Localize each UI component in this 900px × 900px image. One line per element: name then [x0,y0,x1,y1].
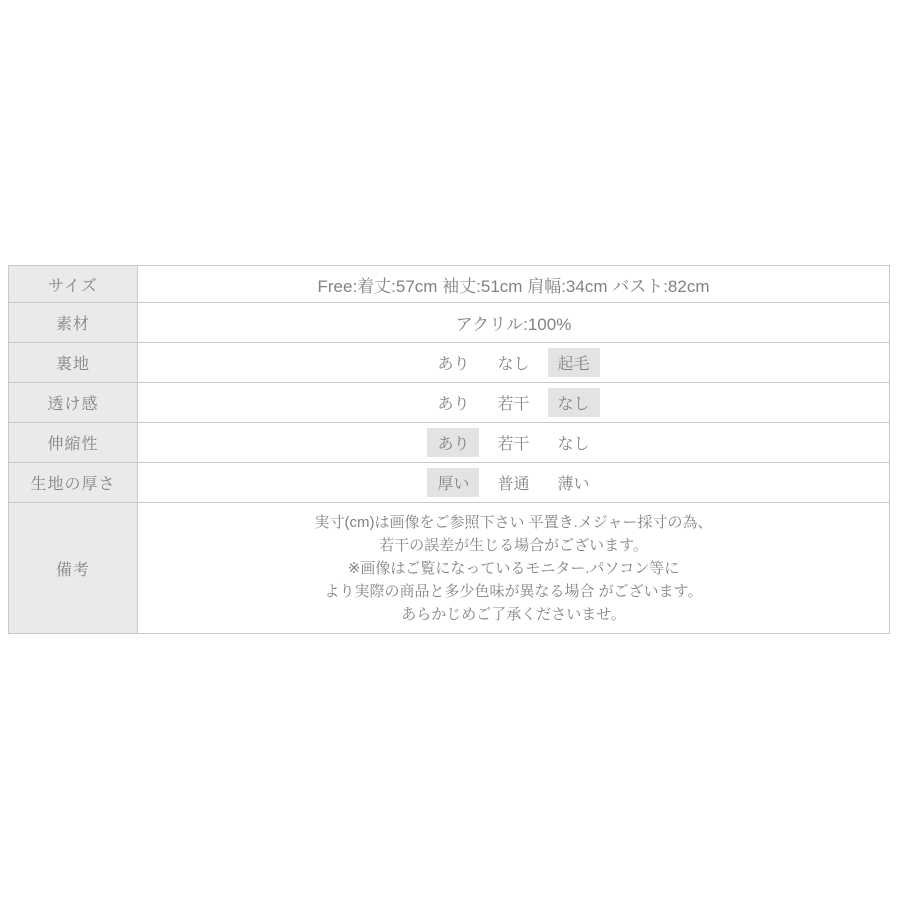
row-label-lining: 裏地 [9,343,138,382]
size-value: Free:着丈:57cm 袖丈:51cm 肩幅:34cm バスト:82cm [138,266,889,302]
remark-line: 実寸(cm)は画像をご参照下さい 平置き.メジャー採寸の為、 [314,511,712,534]
sheerness-options: あり 若干 なし [138,383,889,422]
row-label-sheerness: 透け感 [9,383,138,422]
thickness-options: 厚い 普通 薄い [138,463,889,502]
spec-row-material: 素材 アクリル:100% [9,303,889,343]
remark-line: あらかじめご了承くださいませ。 [401,603,626,626]
thickness-option: 薄い [548,468,600,497]
remark-line: 若干の誤差が生じる場合がございます。 [379,534,648,557]
remarks-text: 実寸(cm)は画像をご参照下さい 平置き.メジャー採寸の為、 若干の誤差が生じる… [138,503,889,633]
page-canvas: サイズ Free:着丈:57cm 袖丈:51cm 肩幅:34cm バスト:82c… [0,0,900,900]
remark-line: より実際の商品と多少色味が異なる場合 がございます。 [325,580,703,603]
lining-option: 起毛 [548,348,600,377]
spec-row-stretch: 伸縮性 あり 若干 なし [9,423,889,463]
remark-line: ※画像はご覧になっているモニター.パソコン等に [348,557,679,580]
spec-row-thickness: 生地の厚さ 厚い 普通 薄い [9,463,889,503]
row-label-stretch: 伸縮性 [9,423,138,462]
row-label-thickness: 生地の厚さ [9,463,138,502]
spec-row-remarks: 備考 実寸(cm)は画像をご参照下さい 平置き.メジャー採寸の為、 若干の誤差が… [9,503,889,633]
lining-option: あり [427,348,479,377]
row-label-size: サイズ [9,266,138,302]
row-label-material: 素材 [9,303,138,342]
spec-row-lining: 裏地 あり なし 起毛 [9,343,889,383]
thickness-option: 厚い [427,468,479,497]
stretch-options: あり 若干 なし [138,423,889,462]
sheerness-option: あり [427,388,479,417]
product-spec-table: サイズ Free:着丈:57cm 袖丈:51cm 肩幅:34cm バスト:82c… [8,265,890,634]
sheerness-option: なし [548,388,600,417]
thickness-option: 普通 [487,468,539,497]
stretch-option: あり [427,428,479,457]
spec-row-sheerness: 透け感 あり 若干 なし [9,383,889,423]
spec-row-size: サイズ Free:着丈:57cm 袖丈:51cm 肩幅:34cm バスト:82c… [9,266,889,303]
material-value: アクリル:100% [138,303,889,342]
sheerness-option: 若干 [487,388,539,417]
row-label-remarks: 備考 [9,503,138,633]
stretch-option: なし [548,428,600,457]
lining-options: あり なし 起毛 [138,343,889,382]
lining-option: なし [487,348,539,377]
stretch-option: 若干 [487,428,539,457]
